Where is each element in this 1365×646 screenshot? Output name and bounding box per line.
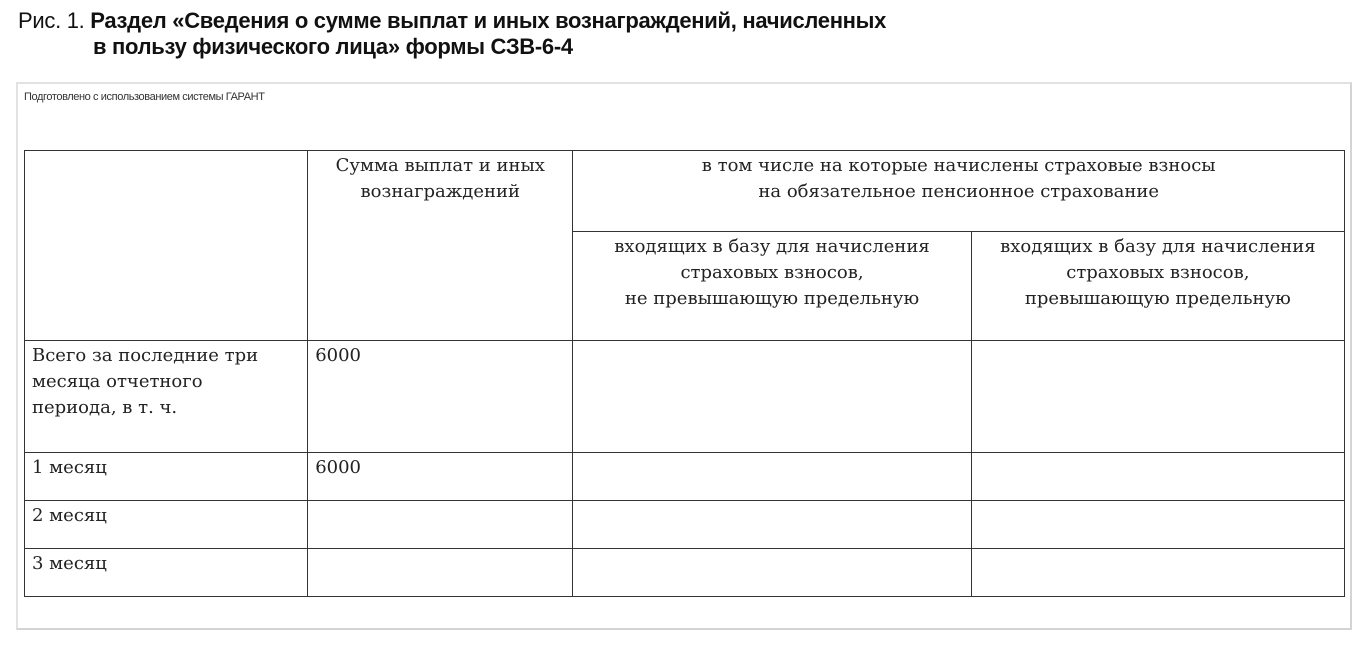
figure-title-line2: в пользу физического лица» формы СЗВ-6-4 [18, 34, 886, 60]
cell-not-exceeding [573, 453, 971, 501]
row-label: 3 месяц [25, 549, 308, 597]
cell-sum [308, 549, 573, 597]
cell-sum [308, 501, 573, 549]
table-row: Всего за последние три месяца отчетного … [25, 341, 1345, 453]
source-note: Подготовлено с использованием системы ГА… [24, 91, 265, 103]
figure-caption: Рис. 1. Раздел «Сведения о сумме выплат … [18, 8, 886, 60]
cell-not-exceeding [573, 341, 971, 453]
header-insurance-group: в том числе на которые начислены страхов… [573, 151, 1345, 232]
header-exceeding-limit: входящих в базу для начисления страховых… [971, 232, 1344, 341]
cell-exceeding [971, 549, 1344, 597]
szv-6-4-payments-table: Сумма выплат и иных вознаграждений в том… [24, 150, 1345, 597]
figure-number: Рис. 1. [18, 8, 84, 33]
cell-exceeding [971, 341, 1344, 453]
row-label: 2 месяц [25, 501, 308, 549]
header-sum-payments: Сумма выплат и иных вознаграждений [308, 151, 573, 341]
header-row-1: Сумма выплат и иных вознаграждений в том… [25, 151, 1345, 232]
table-row: 1 месяц 6000 [25, 453, 1345, 501]
figure-title-line1: Раздел «Сведения о сумме выплат и иных в… [90, 8, 886, 33]
cell-not-exceeding [573, 549, 971, 597]
row-label: Всего за последние три месяца отчетного … [25, 341, 308, 453]
cell-exceeding [971, 501, 1344, 549]
table-row: 3 месяц [25, 549, 1345, 597]
header-not-exceeding-limit: входящих в базу для начисления страховых… [573, 232, 971, 341]
table-row: 2 месяц [25, 501, 1345, 549]
cell-exceeding [971, 453, 1344, 501]
row-label: 1 месяц [25, 453, 308, 501]
cell-sum: 6000 [308, 341, 573, 453]
cell-not-exceeding [573, 501, 971, 549]
document-frame: Подготовлено с использованием системы ГА… [16, 82, 1352, 630]
header-row-label [25, 151, 308, 341]
cell-sum: 6000 [308, 453, 573, 501]
